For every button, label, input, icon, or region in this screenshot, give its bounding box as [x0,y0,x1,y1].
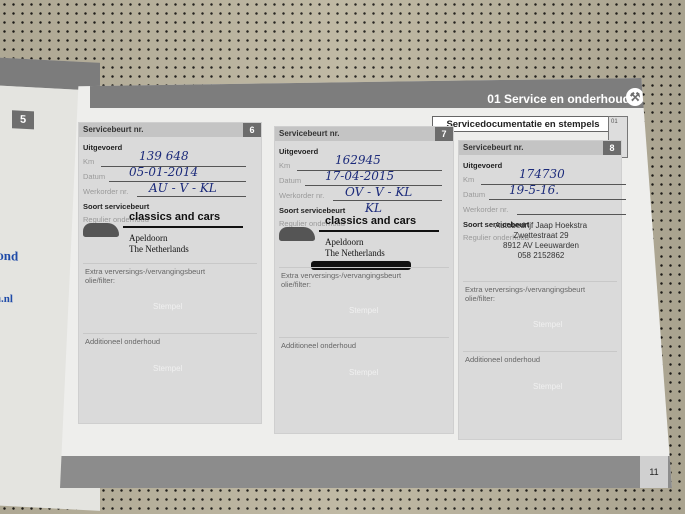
soort-handwritten: KL [365,201,382,215]
km-handwritten: 162945 [335,153,381,167]
stempel-placeholder: Stempel [153,302,182,311]
card-header: Servicebeurt nr. [275,127,453,141]
entry-number-badge: 5 [12,110,34,129]
uitgevoerd-label: Uitgevoerd [279,147,318,156]
olie-label: olie/filter: [85,276,255,285]
wrench-icon: ⚒ [626,88,644,106]
werkorder-handwritten: OV - V - KL [345,185,412,199]
additioneel-section: Additioneel onderhoud Stempel [463,351,617,428]
extra-section: Extra verversings-/vervangingsbeurt olie… [279,267,449,338]
extra-label: Extra verversings-/vervangingsbeurt [281,271,447,280]
service-entry-card: Servicebeurt nr. 7 Uitgevoerd Km 162945 … [274,126,454,434]
entry-number-badge: 6 [243,123,261,137]
servicebeurt-label: Servicebeurt nr. [83,125,143,134]
subtitle: Servicedocumentatie en stempels [432,116,614,132]
stamp-country: The Netherlands [129,244,189,254]
km-label: Km [463,175,474,184]
servicebeurt-label: Servicebeurt nr. [279,129,339,138]
soort-label: Soort servicebeurt [83,202,149,211]
datum-handwritten: 17-04-2015 [325,169,394,183]
additioneel-label: Additioneel onderhoud [465,355,615,364]
extra-label: Extra verversings-/vervangingsbeurt [465,285,615,294]
stamp-address: Autobedrijf Jaap HoekstraZwettestraat 29… [471,221,611,261]
stamp-rule [319,230,439,232]
car-logo-icon [83,223,119,237]
datum-label: Datum [463,190,485,199]
datum-label: Datum [279,176,301,185]
stamp-country: The Netherlands [325,248,385,258]
stamp-city: Apeldoorn [325,237,364,247]
uitgevoerd-label: Uitgevoerd [463,161,502,170]
card-header: Servicebeurt nr. [459,141,621,155]
entry-number-badge: 8 [603,141,621,155]
soort-label: Soort servicebeurt [279,206,345,215]
car-logo-icon [279,227,315,241]
werkorder-line [517,214,626,215]
werkorder-line [333,200,442,201]
stempel-placeholder: Stempel [533,320,562,329]
km-handwritten: 139 648 [139,149,189,163]
additioneel-section: Additioneel onderhoud Stempel [83,333,257,410]
extra-label: Extra verversings-/vervangingsbeurt [85,267,255,276]
left-partial-text: nond [0,247,18,264]
section-title: 01 Service en onderhoud [487,92,630,106]
extra-section: Extra verversings-/vervangingsbeurt olie… [83,263,257,334]
km-label: Km [83,157,94,166]
card-header: Servicebeurt nr. [79,123,261,137]
datum-label: Datum [83,172,105,181]
additioneel-label: Additioneel onderhoud [281,341,447,350]
stempel-placeholder: Stempel [349,306,378,315]
stamp-city: Apeldoorn [129,233,168,243]
left-partial-url: en.nl [0,292,13,305]
werkorder-handwritten: AU - V - KL [149,181,217,195]
werkorder-label: Werkorder nr. [463,205,508,214]
datum-line [489,199,626,200]
service-entry-card: Servicebeurt nr. 8 Uitgevoerd Km 174730 … [458,140,622,440]
stamp-company: classics and cars [325,215,416,227]
entry-number-badge: 7 [435,127,453,141]
olie-label: olie/filter: [465,294,615,303]
stamp-company: classics and cars [129,211,220,223]
extra-section: Extra verversings-/vervangingsbeurt olie… [463,281,617,352]
page-number: 11 [640,456,668,488]
stempel-placeholder: Stempel [349,368,378,377]
km-label: Km [279,161,290,170]
right-page: 01 Service en onderhoud ⚒ Servicedocumen… [60,78,672,488]
datum-handwritten: 05-01-2014 [129,165,198,179]
additioneel-label: Additioneel onderhoud [85,337,255,346]
stempel-placeholder: Stempel [153,364,182,373]
servicebeurt-label: Servicebeurt nr. [463,143,523,152]
uitgevoerd-label: Uitgevoerd [83,143,122,152]
werkorder-line [137,196,246,197]
datum-handwritten: 19-5-16. [509,183,559,197]
olie-label: olie/filter: [281,280,447,289]
stamp-rule [123,226,243,228]
additioneel-section: Additioneel onderhoud Stempel [279,337,449,414]
km-handwritten: 174730 [519,167,565,181]
service-entry-card: Servicebeurt nr. 6 Uitgevoerd Km 139 648… [78,122,262,424]
stempel-placeholder: Stempel [533,382,562,391]
werkorder-label: Werkorder nr. [83,187,128,196]
footer-band [60,456,672,488]
werkorder-label: Werkorder nr. [279,191,324,200]
